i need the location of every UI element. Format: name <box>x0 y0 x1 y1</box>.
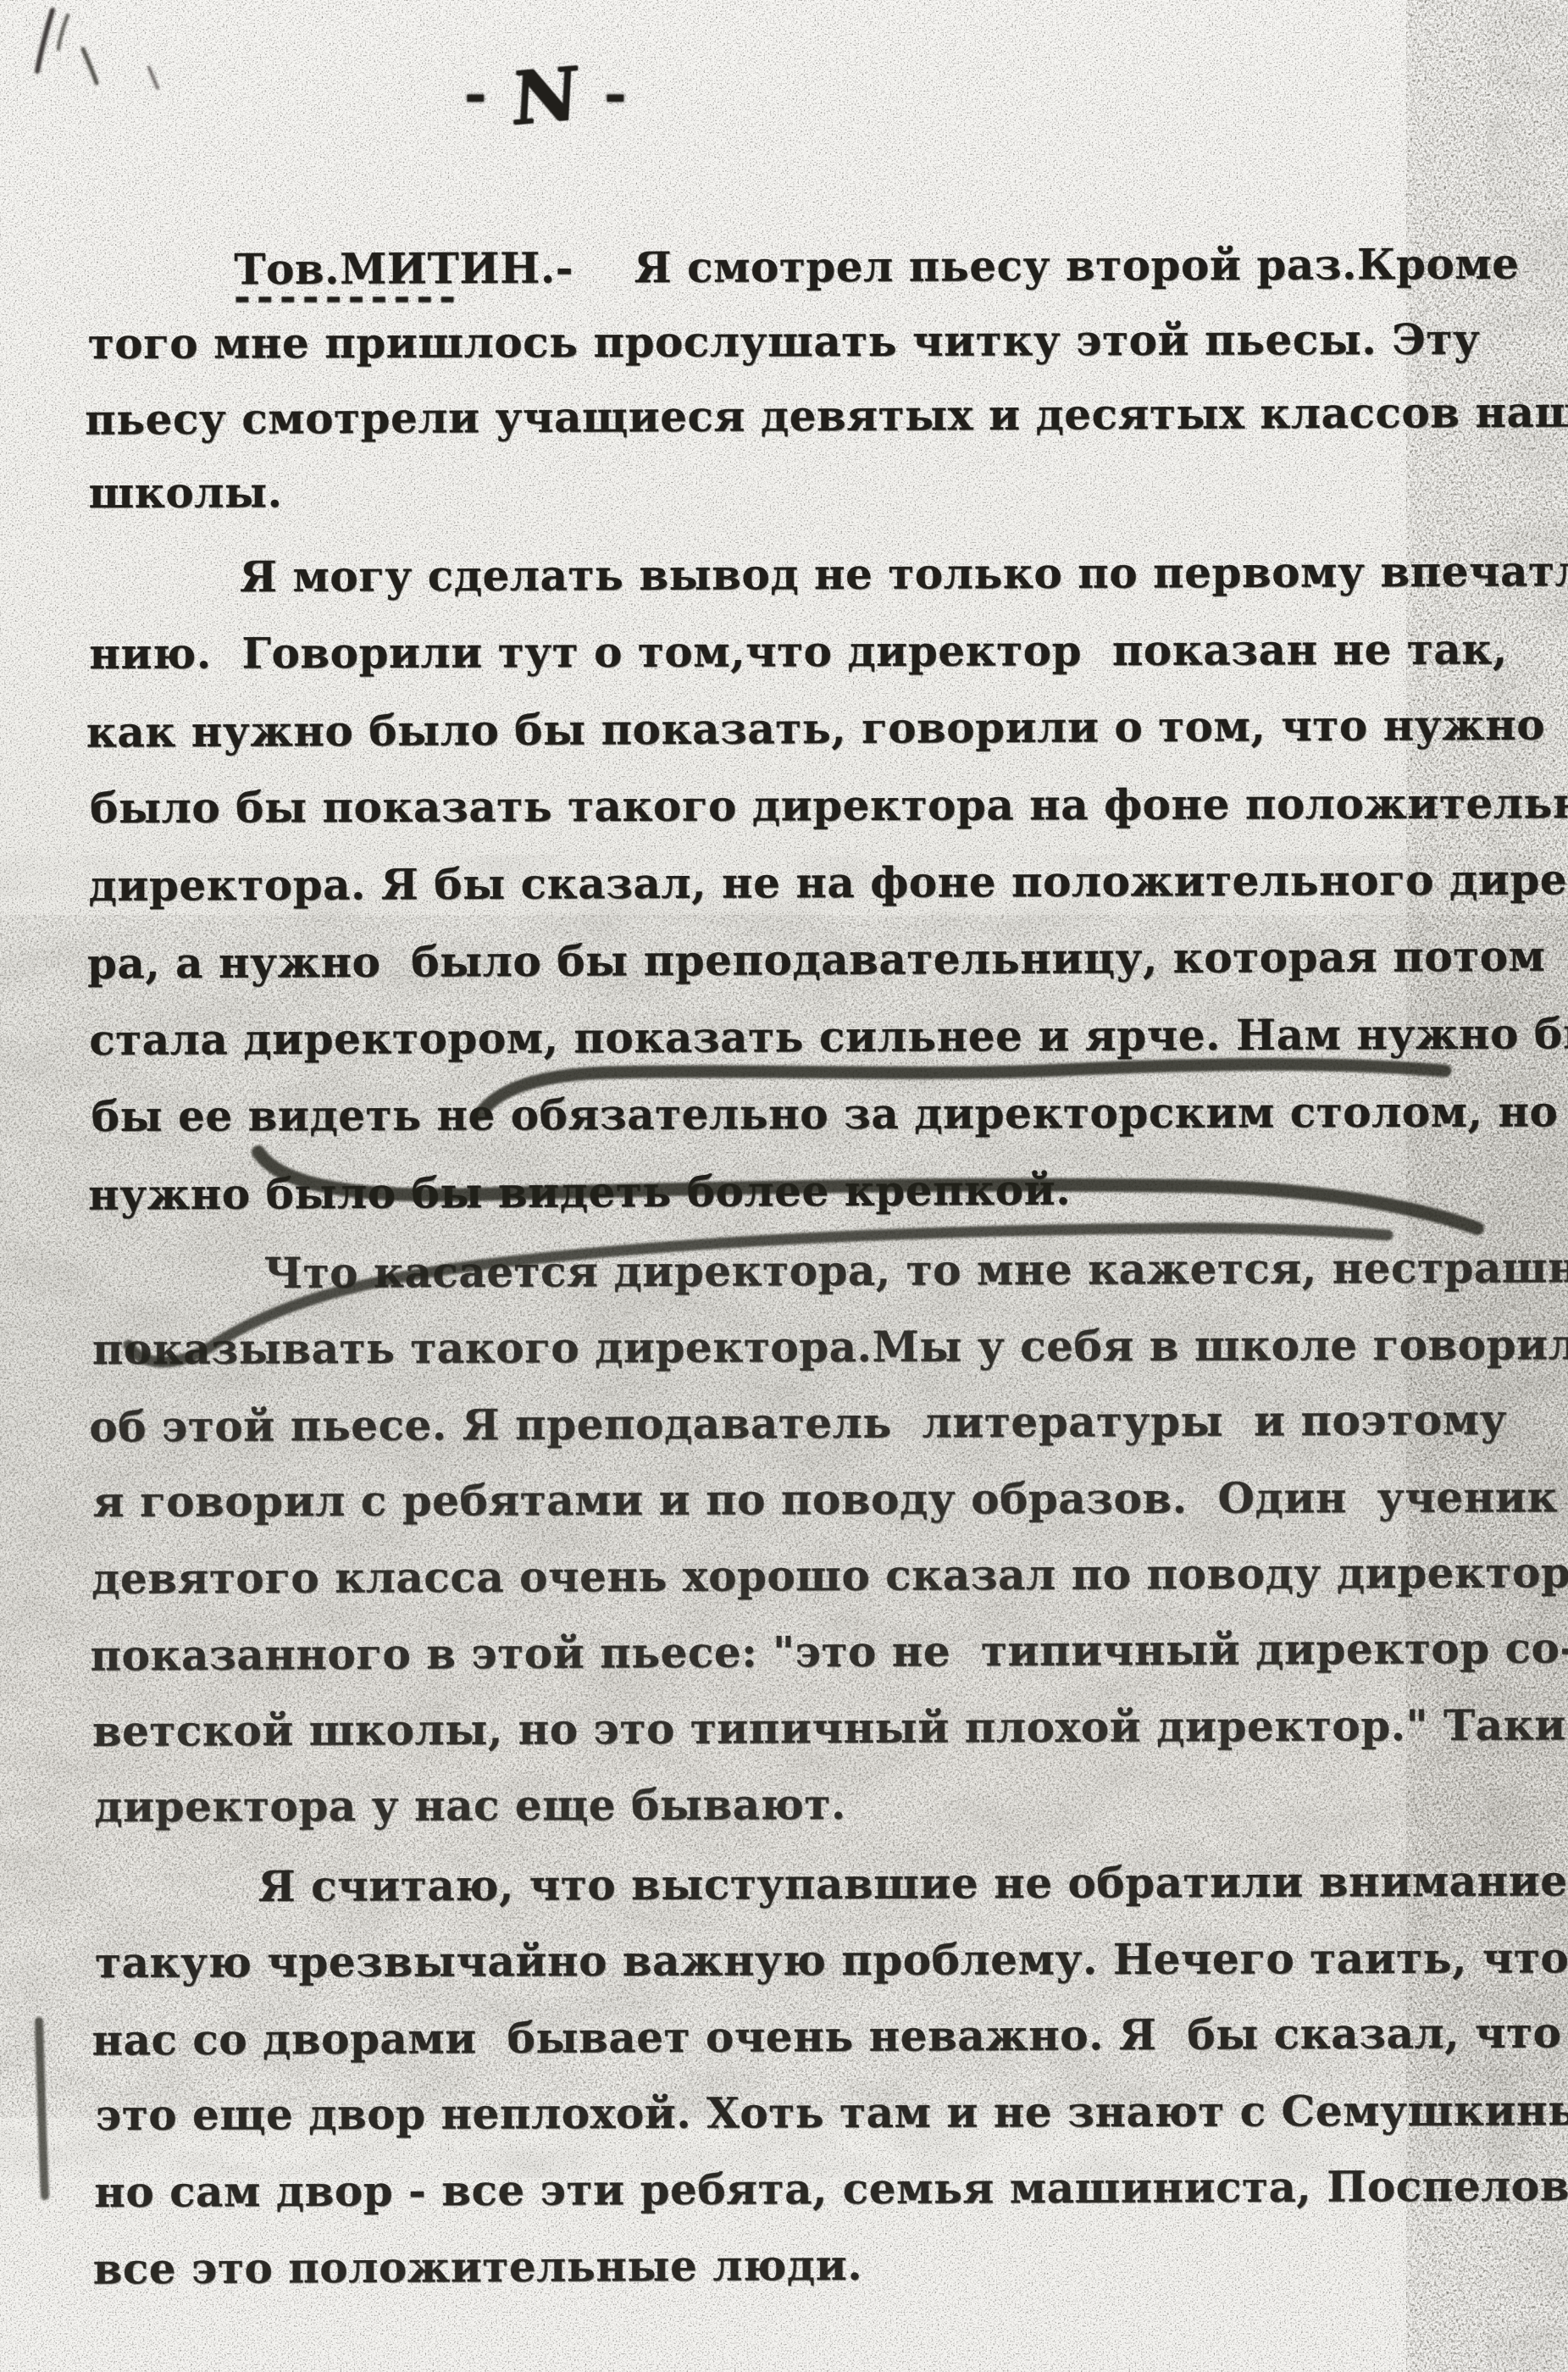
text-line: Тов.МИТИН.- Я смотрел пьесу второй раз.К… <box>86 227 1492 308</box>
paragraph: Тов.МИТИН.- Я смотрел пьесу второй раз.К… <box>86 227 1493 531</box>
text-line: как нужно было бы показать, говорили о т… <box>86 686 1493 771</box>
paragraph: Что касается директора, то мне кажется, … <box>90 1230 1499 1846</box>
corner-scribble-icon <box>37 10 53 71</box>
text-line: все это положительные люди. <box>92 2224 1499 2308</box>
text-line: Что касается директора, то мне кажется, … <box>90 1230 1496 1312</box>
page-number: -N- <box>464 66 630 130</box>
text-line: пьесу смотрели учащиеся девятых и десяты… <box>85 375 1491 457</box>
text-line: Я могу сделать вывод не только по первом… <box>87 533 1493 616</box>
text-line: школы. <box>88 452 1494 531</box>
corner-scribble-icon <box>58 15 68 49</box>
margin-line <box>39 2021 45 2196</box>
text-line: Я считаю, что выступавшие не обратили вн… <box>93 1843 1499 1926</box>
text-line: было бы показать такого директора на фон… <box>90 765 1496 847</box>
text-line: такую чрезвычайно важную проблему. Нечег… <box>95 1920 1501 2002</box>
text-line: но сам двор - все эти ребята, семья маши… <box>94 2148 1500 2231</box>
text-line: того мне пришлось прослушать читку этой … <box>88 302 1494 382</box>
text-line: ра, а нужно было бы преподавательницу, к… <box>87 917 1493 1002</box>
page-number-left-dash: - <box>464 63 490 126</box>
text-line: нию. Говорили тут о том,что директор пок… <box>89 611 1495 693</box>
text-line: это еще двор неплохой. Хоть там и не зна… <box>96 2073 1502 2154</box>
text-line: директора. Я бы сказал, не на фоне полож… <box>88 841 1494 924</box>
text-line: нас со дворами бывает очень неважно. Я б… <box>91 1995 1498 2079</box>
text-line: стала директором, показать сильнее и ярч… <box>89 995 1495 1078</box>
text-line: нужно было бы видеть более крепкой. <box>88 1149 1494 1233</box>
text-line: бы ее видеть не обязательно за директорс… <box>91 1073 1498 1156</box>
text-line: ветской школы, но это типичный плохой ди… <box>92 1688 1499 1770</box>
scanned-page: -N- ---------- Тов.МИТИН.- Я смотрел пье… <box>0 0 1568 2372</box>
paragraph: Я могу сделать вывод не только по первом… <box>87 533 1497 1233</box>
text-line: девятого класса очень хорошо сказал по п… <box>91 1535 1498 1617</box>
text-line: показывать такого директора.Мы у себя в … <box>92 1307 1499 1388</box>
text-line: об этой пьесе. Я преподаватель литератур… <box>89 1382 1495 1466</box>
handwritten-page-numeral: N <box>511 68 583 125</box>
text-line: директора у нас еще бывают. <box>94 1765 1500 1846</box>
text-line: я говорил с ребятами и по поводу образов… <box>93 1460 1499 1541</box>
paragraph: Я считаю, что выступавшие не обратили вн… <box>93 1843 1501 2307</box>
corner-scribble-icon <box>149 68 158 88</box>
page-number-right-dash: - <box>604 63 630 126</box>
text-line: показанного в этой пьесе: "это не типичн… <box>90 1610 1496 1694</box>
corner-scribble-icon <box>83 49 97 83</box>
